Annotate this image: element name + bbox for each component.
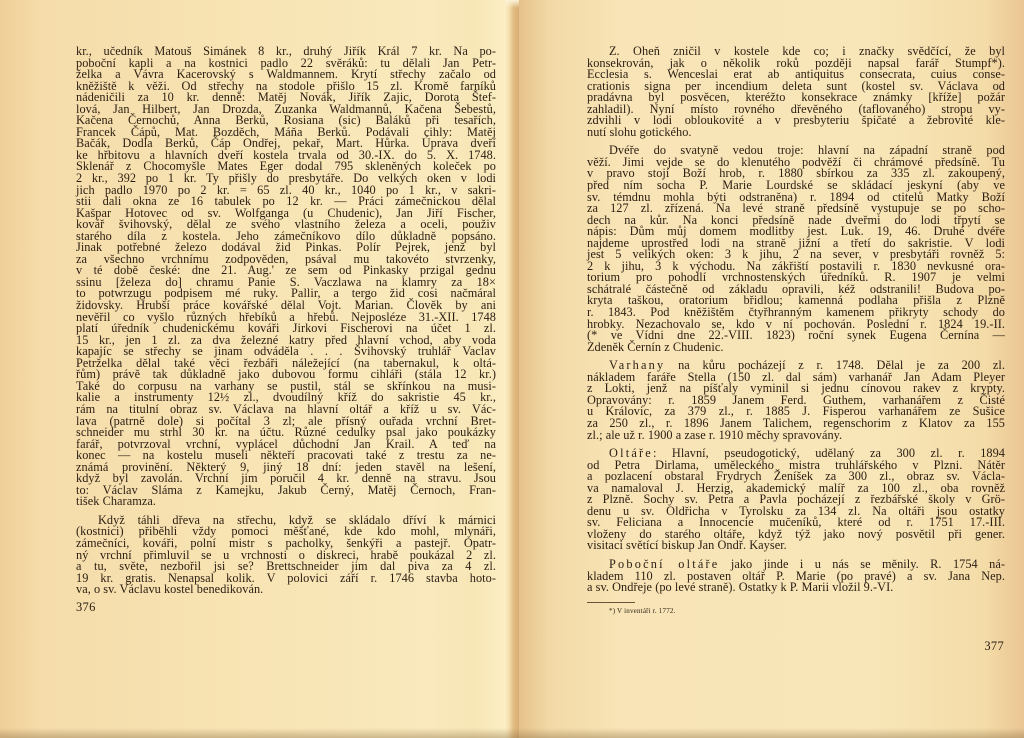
right-page-number: 377 [587,639,1004,654]
text-line: nutí slohu gotického. [587,127,1005,139]
paragraph: Dvéře do svatyně vedou troje: hlavní na … [587,145,1005,353]
left-page: kr., učedník Matouš Simánek 8 kr., druhý… [0,0,505,738]
text-line: Zdeněk Černín z Chudenic. [587,342,1005,354]
text-line: tišek Charamza. [76,496,496,508]
right-page: Z. Oheň zničil v kostele kde co; i značk… [519,0,1024,738]
book-gutter [505,0,519,738]
left-page-body: kr., učedník Matouš Simánek 8 kr., druhý… [76,46,496,596]
page-bottom-edge [0,728,1024,738]
right-page-body: Z. Oheň zničil v kostele kde co; i značk… [587,46,1005,594]
paragraph: Z. Oheň zničil v kostele kde co; i značk… [587,46,1005,138]
text-line: va, o sv. Václavu kostel benedikován. [76,584,496,596]
text-line: a sv. Ondřeje (po levé straně). Ostatky … [587,582,1005,594]
footnote-divider [587,602,635,603]
paragraph: Oltáře: Hlavní, pseudogotický, udělaný z… [587,448,1005,552]
text-line: visitaci světící biskup Jan Ondř. Kayser… [587,540,1005,552]
footnote: *) V inventáři r. 1772. [587,607,1004,615]
book-spread: kr., učedník Matouš Simánek 8 kr., druhý… [0,0,1024,738]
paragraph: kr., učedník Matouš Simánek 8 kr., druhý… [76,46,496,508]
paragraph: Když táhli dřeva na střechu, když se skl… [76,515,496,596]
paragraph: Poboční oltáře jako jinde i u nás se měn… [587,559,1005,594]
paragraph: Varhany na kůru pocházejí z r. 1748. Děl… [587,360,1005,441]
text-line: zl.; ale už r. 1900 a zase r. 1910 měchy… [587,430,1005,442]
left-page-number: 376 [76,600,491,615]
